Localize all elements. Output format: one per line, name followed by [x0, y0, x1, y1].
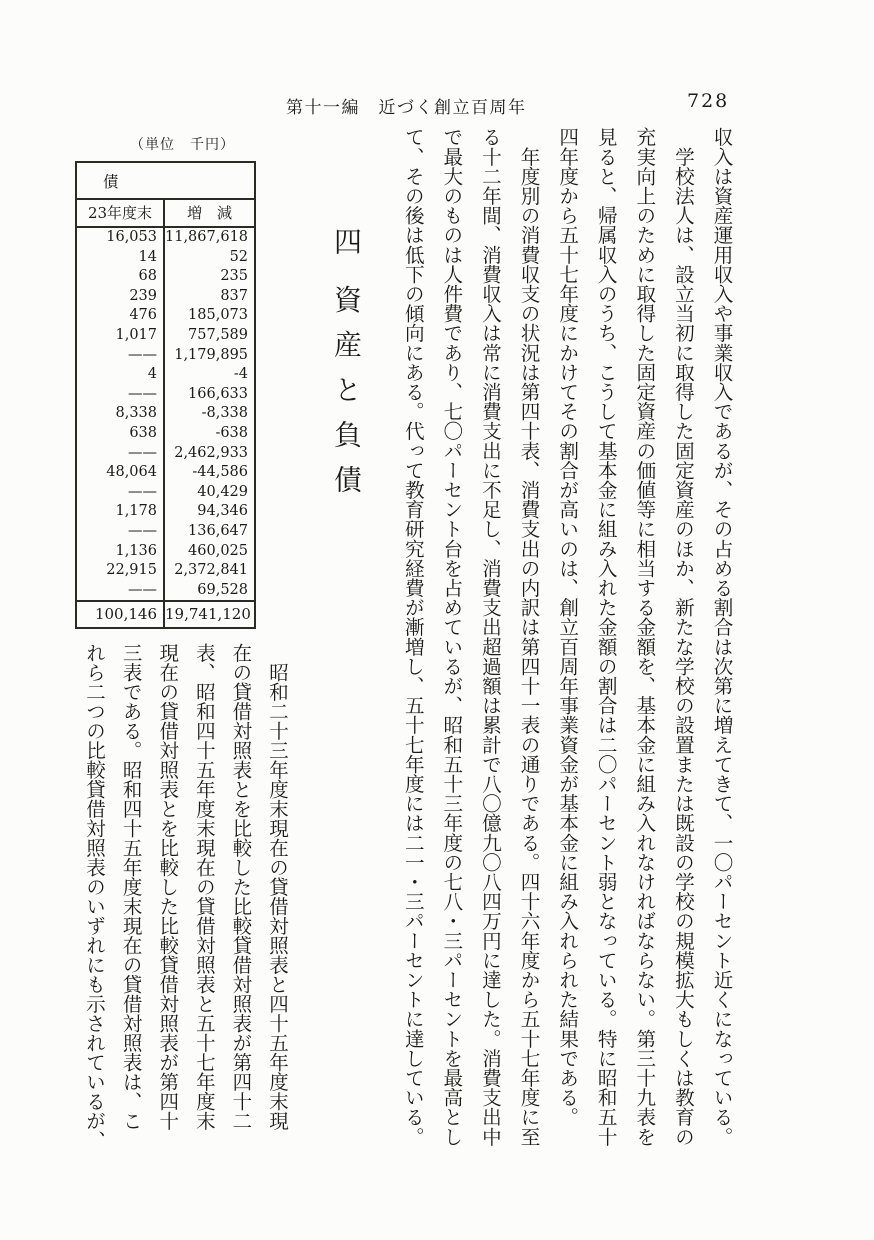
text-column-1: 収入は資産運用収入や事業収入であるが、その占める割合は次第に増えてきて、一〇パー… — [701, 127, 740, 1152]
table-row: 1,136460,025 — [76, 542, 255, 562]
table-cell: 1,179,895 — [164, 346, 255, 366]
text-column-14: 三表である。昭和四十五年度末現在の貸借対照表は、こ — [112, 643, 149, 1157]
text-column-11: 在の貸借対照表とを比較した比較貸借対照表が第四十二 — [222, 643, 259, 1157]
table-row: 8,338-8,338 — [76, 404, 255, 424]
table-cell: 757,589 — [164, 326, 255, 346]
table-cell: -4 — [164, 365, 255, 385]
table-cell: —— — [76, 483, 164, 503]
column-header: 23年度末 — [76, 199, 164, 227]
table-row: ——2,462,933 — [76, 444, 255, 464]
text-column-4: 見ると、帰属収入のうち、こうして基本金に組み入れた金額の割合は二〇パーセント弱と… — [586, 127, 625, 1152]
text-column-15: れら二つの比較貸借対照表のいずれにも示されているが、 — [75, 643, 112, 1157]
closing-text-block: 昭和二十三年度末現在の貸借対照表と四十五年度末現 在の貸借対照表とを比較した比較… — [75, 643, 295, 1157]
table-cell: 136,647 — [164, 522, 255, 542]
table-cell: —— — [76, 385, 164, 405]
text-column-9: て、その後は低下の傾向にある。代って教育研究経費が漸増し、五十七年度には二一・三… — [393, 127, 432, 1152]
table-cell: 837 — [164, 287, 255, 307]
table-row: ——166,633 — [76, 385, 255, 405]
total-cell: 100,146 — [76, 601, 164, 628]
table-row: 68235 — [76, 267, 255, 287]
column-header: 増 減 — [164, 199, 255, 227]
table-cell: 4 — [76, 365, 164, 385]
table-cell: —— — [76, 581, 164, 602]
page-number: 728 — [687, 90, 729, 112]
text-column-2: 学校法人は、設立当初に取得した固定資産のほか、新たな学校の設置または既設の学校の… — [663, 127, 702, 1152]
table-cell: -638 — [164, 424, 255, 444]
table-cell: 52 — [164, 248, 255, 268]
table-cell: 1,178 — [76, 502, 164, 522]
text-column-6: 年度別の消費収支の状況は第四十表、消費支出の内訳は第四十一表の通りである。四十六… — [508, 127, 547, 1152]
table-cell: 22,915 — [76, 561, 164, 581]
text-column-3: 充実向上のために取得した固定資産の価値等に相当する金額を、基本金に組み入れなけれ… — [624, 127, 663, 1152]
table-row: 48,064-44,586 — [76, 463, 255, 483]
section-title: 資産と負債 — [330, 285, 363, 510]
table-cell: 2,462,933 — [164, 444, 255, 464]
table-cell: 94,346 — [164, 502, 255, 522]
table-row: ——136,647 — [76, 522, 255, 542]
table-row: 1,017757,589 — [76, 326, 255, 346]
table-cell: 1,017 — [76, 326, 164, 346]
table-cell: 40,429 — [164, 483, 255, 503]
table-group-header: 債 — [76, 162, 255, 199]
table-row: ——40,429 — [76, 483, 255, 503]
main-text-block: 収入は資産運用収入や事業収入であるが、その占める割合は次第に増えてきて、一〇パー… — [393, 127, 740, 1152]
text-column-13: 現在の貸借対照表とを比較した比較貸借対照表が第四十 — [149, 643, 186, 1157]
table-row: 4-4 — [76, 365, 255, 385]
table-row: 638-638 — [76, 424, 255, 444]
table-cell: 166,633 — [164, 385, 255, 405]
table-cell: 2,372,841 — [164, 561, 255, 581]
table-header-row: 23年度末 増 減 — [76, 199, 255, 227]
table-cell: —— — [76, 444, 164, 464]
table-cell: 1,136 — [76, 542, 164, 562]
table-cell: 239 — [76, 287, 164, 307]
running-head-title: 第十一編 近づく創立百周年 — [286, 93, 527, 118]
book-page: 第十一編 近づく創立百周年 728 （単位 千円） 債 23年度末 増 減 16… — [0, 0, 874, 1240]
table-cell: 185,073 — [164, 306, 255, 326]
table-cell: 638 — [76, 424, 164, 444]
section-heading: 四資産と負債 — [329, 227, 363, 510]
table-cell: 48,064 — [76, 463, 164, 483]
section-number: 四 — [330, 227, 363, 272]
table-cell: 476 — [76, 306, 164, 326]
table-total-row: 100,146 19,741,120 — [76, 601, 255, 628]
text-column-7: る十二年間、消費収入は常に消費支出に不足し、消費支出超過額は累計で八〇億九〇八四… — [470, 127, 509, 1152]
table-cell: —— — [76, 522, 164, 542]
table-cell: 14 — [76, 248, 164, 268]
text-column-12: 表、昭和四十五年度末現在の貸借対照表と五十七年度末 — [185, 643, 222, 1157]
total-cell: 19,741,120 — [164, 601, 255, 628]
table-row: ——1,179,895 — [76, 346, 255, 366]
table-group-header-row: 債 — [76, 162, 255, 199]
table-row: ——69,528 — [76, 581, 255, 602]
table-cell: 16,053 — [76, 227, 164, 248]
table-row: 1452 — [76, 248, 255, 268]
text-column-5: 四年度から五十七年度にかけてその割合が高いのは、創立百周年事業資金が基本金に組み… — [547, 127, 586, 1152]
table-cell: 69,528 — [164, 581, 255, 602]
table-cell: 8,338 — [76, 404, 164, 424]
table-cell: 235 — [164, 267, 255, 287]
text-column-10: 昭和二十三年度末現在の貸借対照表と四十五年度末現 — [258, 643, 295, 1157]
table-row: 1,17894,346 — [76, 502, 255, 522]
table-cell: 68 — [76, 267, 164, 287]
table-cell: —— — [76, 346, 164, 366]
liability-table: 債 23年度末 増 減 16,05311,867,618 1452 68235 … — [75, 161, 256, 629]
table-cell: 11,867,618 — [164, 227, 255, 248]
table-row: 16,05311,867,618 — [76, 227, 255, 248]
table-row: 476185,073 — [76, 306, 255, 326]
table-unit-note: （単位 千円） — [75, 134, 235, 154]
table-cell: 460,025 — [164, 542, 255, 562]
text-column-8: で最大のものは人件費であり、七〇パーセント台を占めているが、昭和五十三年度の七八… — [431, 127, 470, 1152]
table-row: 239837 — [76, 287, 255, 307]
table-cell: -44,586 — [164, 463, 255, 483]
table-row: 22,9152,372,841 — [76, 561, 255, 581]
table-cell: -8,338 — [164, 404, 255, 424]
